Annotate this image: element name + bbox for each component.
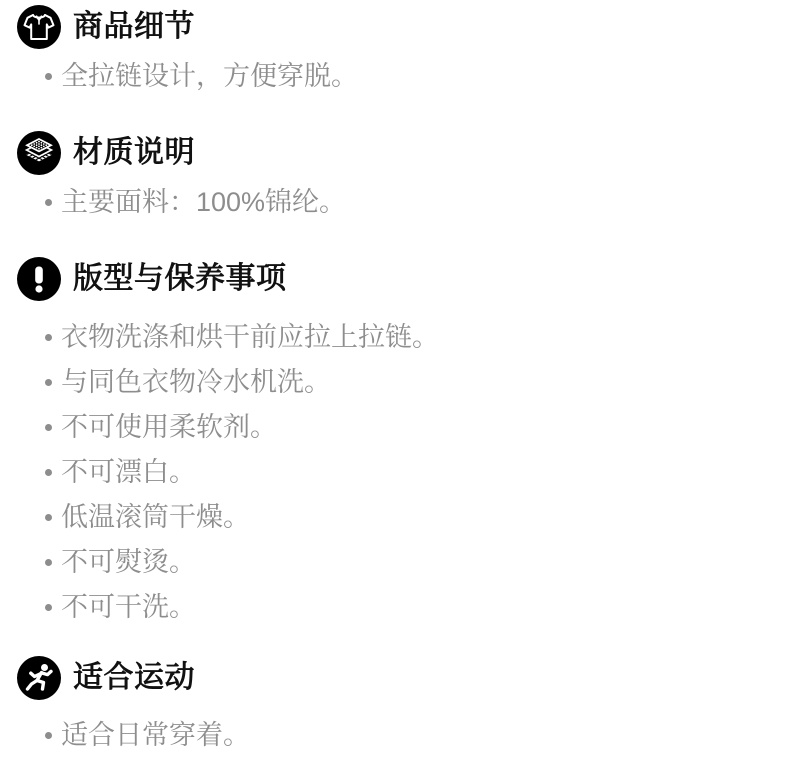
- fabric-layers-icon: [17, 131, 61, 175]
- bullet-list: 全拉链设计，方便穿脱。: [17, 61, 770, 91]
- section-product-details: 商品细节 全拉链设计，方便穿脱。: [17, 5, 770, 91]
- list-item: 全拉链设计，方便穿脱。: [45, 61, 770, 91]
- section-title: 商品细节: [73, 5, 195, 49]
- section-fit-and-care-header: 版型与保养事项: [17, 257, 770, 301]
- section-product-details-header: 商品细节: [17, 5, 770, 49]
- list-item: 与同色衣物冷水机洗。: [45, 360, 770, 405]
- section-suitable-sports-header: 适合运动: [17, 656, 770, 700]
- list-item: 不可干洗。: [45, 585, 770, 630]
- bullet-list: 衣物洗涤和烘干前应拉上拉链。 与同色衣物冷水机洗。 不可使用柔软剂。 不可漂白。…: [17, 315, 770, 630]
- section-material: 材质说明 主要面料：100%锦纶。: [17, 131, 770, 217]
- bullet-list: 主要面料：100%锦纶。: [17, 187, 770, 217]
- list-item: 主要面料：100%锦纶。: [45, 187, 770, 217]
- bullet-list: 适合日常穿着。: [17, 720, 770, 750]
- list-item: 不可熨烫。: [45, 540, 770, 585]
- section-title: 材质说明: [73, 131, 195, 175]
- list-item: 低温滚筒干燥。: [45, 495, 770, 540]
- section-suitable-sports: 适合运动 适合日常穿着。: [17, 656, 770, 750]
- list-item: 不可漂白。: [45, 450, 770, 495]
- section-title: 版型与保养事项: [73, 257, 287, 301]
- list-item: 适合日常穿着。: [45, 720, 770, 750]
- tshirt-icon: [17, 5, 61, 49]
- product-description-panel: 商品细节 全拉链设计，方便穿脱。: [0, 0, 790, 750]
- runner-icon: [17, 656, 61, 700]
- section-fit-and-care: 版型与保养事项 衣物洗涤和烘干前应拉上拉链。 与同色衣物冷水机洗。 不可使用柔软…: [17, 257, 770, 630]
- list-item: 不可使用柔软剂。: [45, 405, 770, 450]
- section-material-header: 材质说明: [17, 131, 770, 175]
- section-title: 适合运动: [73, 656, 195, 700]
- alert-icon: [17, 257, 61, 301]
- list-item: 衣物洗涤和烘干前应拉上拉链。: [45, 315, 770, 360]
